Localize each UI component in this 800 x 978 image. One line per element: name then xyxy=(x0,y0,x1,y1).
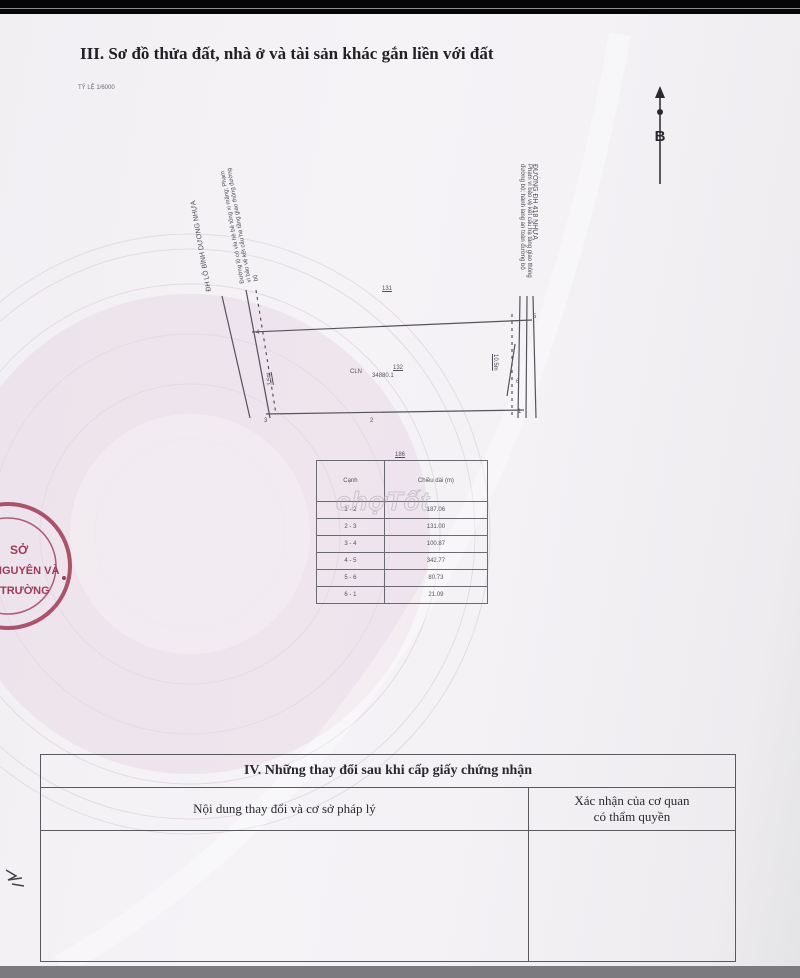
header-confirm-line-1: Xác nhận của cơ quan xyxy=(574,793,689,808)
vertex-2: 2 xyxy=(370,418,373,424)
edge-cell: 2 - 3 xyxy=(317,519,385,536)
parcel-land-type: CLN xyxy=(350,369,362,375)
vertex-6: 6 xyxy=(516,379,519,385)
confirmation-cell xyxy=(528,831,735,962)
vertex-4: 4 xyxy=(256,330,259,336)
chotot-watermark: chợTốt xyxy=(336,486,430,517)
change-content-cell xyxy=(41,831,529,962)
length-cell: 21.09 xyxy=(384,587,487,604)
seal-line-1: SỞ xyxy=(10,542,29,557)
seal-line-3: TRƯỜNG xyxy=(0,584,50,597)
signature-mark-icon xyxy=(2,866,28,894)
table-row: 2 - 3 131.00 xyxy=(317,519,488,536)
top-border-line xyxy=(0,8,800,9)
header-change-content: Nội dung thay đổi và cơ sở pháp lý xyxy=(41,788,529,831)
edge-cell: 5 - 6 xyxy=(317,570,385,587)
official-seal-icon: SỞ NGUYÊN VÀ TRƯỜNG xyxy=(0,494,88,639)
parcel-number: 132 xyxy=(393,365,403,371)
length-cell: 100.87 xyxy=(384,536,487,553)
right-road-name: ĐƯỜNG ĐH 418 NHỰA xyxy=(531,164,538,240)
certificate-page: III. Sơ đồ thửa đất, nhà ở và tài sản kh… xyxy=(0,14,800,966)
table-row: 5 - 6 80.73 xyxy=(317,570,488,587)
changes-table: IV. Những thay đổi sau khi cấp giấy chứn… xyxy=(40,754,736,962)
length-cell: 80.73 xyxy=(384,570,487,587)
length-cell: 342.77 xyxy=(384,553,487,570)
neighbor-parcel-south: 186 xyxy=(395,452,405,458)
seal-line-2: NGUYÊN VÀ xyxy=(0,564,59,577)
table-row: 3 - 4 100.87 xyxy=(317,536,488,553)
edge-cell: 3 - 4 xyxy=(317,536,385,553)
neighbor-parcel-north: 131 xyxy=(382,286,392,292)
header-authority-confirmation: Xác nhận của cơ quan có thẩm quyền xyxy=(528,788,735,831)
vertex-1: 1 xyxy=(518,409,521,415)
right-road-note: Phạm vi bảo vệ kết cấu hạ tầng giao thôn… xyxy=(518,164,532,294)
edge-length-table: Cạnh Chiều dài (m) 1 - 2 187.06 2 - 3 13… xyxy=(316,460,488,604)
right-setback: 10.5m xyxy=(492,354,498,371)
table-row: 4 - 5 342.77 xyxy=(317,553,488,570)
header-confirm-line-2: có thẩm quyền xyxy=(594,809,671,824)
length-cell: 131.00 xyxy=(384,519,487,536)
edge-cell: 4 - 5 xyxy=(317,553,385,570)
vertex-3: 3 xyxy=(264,418,267,424)
parcel-area: 34880.1 xyxy=(372,373,394,379)
table-row: 6 - 1 21.09 xyxy=(317,587,488,604)
section-iv-title: IV. Những thay đổi sau khi cấp giấy chứn… xyxy=(41,755,736,788)
vertex-5: 5 xyxy=(533,314,536,320)
edge-cell: 6 - 1 xyxy=(317,587,385,604)
bottom-border xyxy=(0,966,800,978)
